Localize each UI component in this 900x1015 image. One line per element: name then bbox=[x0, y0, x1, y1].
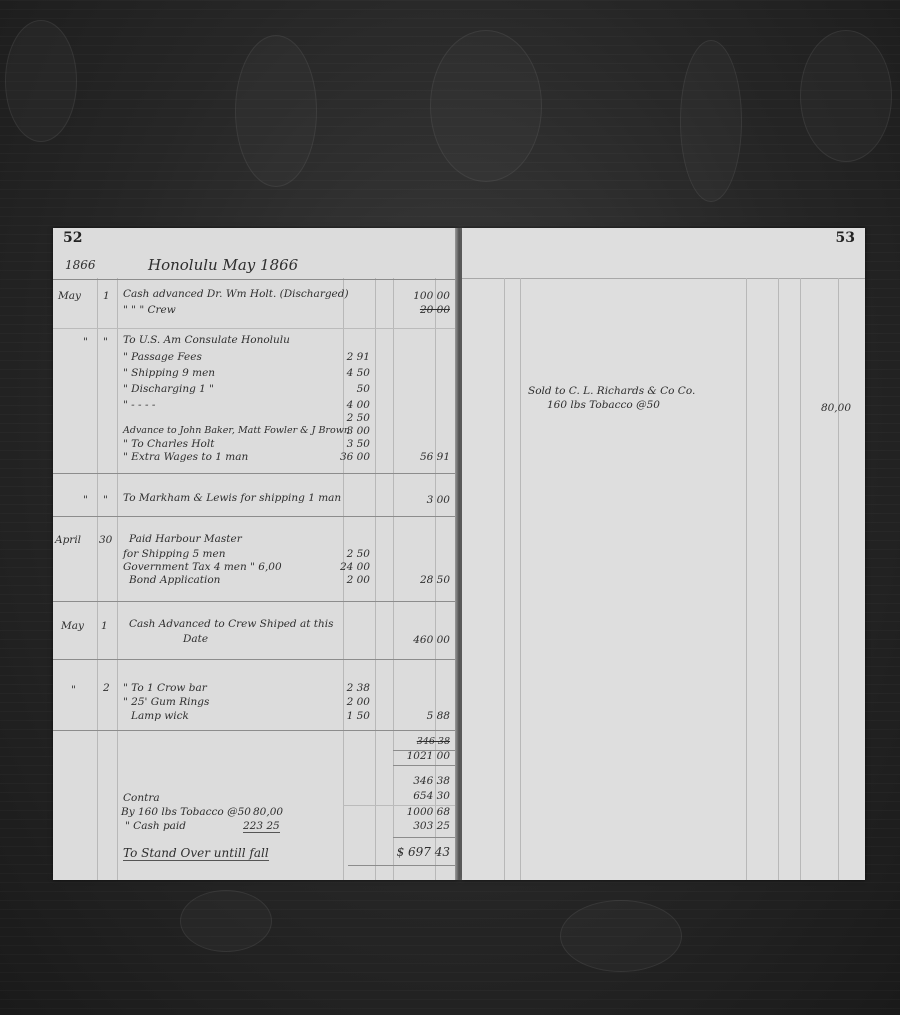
struck-subtotal: 346 38 bbox=[417, 736, 450, 747]
totals-amount: 346 38 bbox=[413, 775, 450, 787]
totals-line: " Cash paid bbox=[125, 820, 186, 832]
entry-sub-amount: 3 00 bbox=[347, 425, 370, 437]
balance-label: To Stand Over untill fall bbox=[123, 846, 269, 861]
entry-month: May bbox=[61, 620, 84, 632]
entry-total: 56 91 bbox=[420, 451, 450, 463]
entry-divider bbox=[53, 516, 458, 517]
totals-detail: 80,00 bbox=[253, 806, 283, 818]
entry-total: 100 00 bbox=[413, 290, 450, 302]
column-rule bbox=[746, 278, 747, 880]
entry-total: 28 50 bbox=[420, 574, 450, 586]
column-rule bbox=[838, 278, 839, 880]
sum-rule bbox=[393, 837, 456, 838]
column-rule bbox=[778, 278, 779, 880]
sale-entry-detail: 160 lbs Tobacco @50 bbox=[547, 399, 660, 411]
entry-day: 30 bbox=[99, 534, 112, 546]
entry-sub-amount: 4 50 bbox=[347, 367, 370, 379]
sale-amount: 80,00 bbox=[821, 402, 851, 414]
entry-line: " Discharging 1 " bbox=[123, 383, 214, 395]
entry-month: " bbox=[71, 684, 76, 696]
film-stain bbox=[430, 30, 542, 182]
sum-rule bbox=[393, 765, 456, 766]
entry-line: " Extra Wages to 1 man bbox=[123, 451, 248, 463]
balance-amount: $ 697 43 bbox=[397, 845, 450, 859]
entry-line: Government Tax 4 men " 6,00 bbox=[123, 561, 282, 573]
entry-sub-amount: 2 50 bbox=[347, 412, 370, 424]
entry-day: 1 bbox=[103, 290, 110, 302]
page-number: 52 bbox=[63, 230, 82, 246]
film-stain bbox=[180, 890, 272, 952]
film-stain bbox=[800, 30, 892, 162]
entry-line: " " " Crew bbox=[123, 304, 176, 316]
entry-line: To Markham & Lewis for shipping 1 man bbox=[123, 492, 341, 504]
film-stain bbox=[680, 40, 742, 202]
totals-detail: 223 25 bbox=[243, 820, 280, 833]
entry-line: " Shipping 9 men bbox=[123, 367, 215, 379]
entry-sub-amount: 2 50 bbox=[347, 548, 370, 560]
entry-sub-amount: 4 00 bbox=[347, 399, 370, 411]
entry-day: " bbox=[103, 336, 108, 348]
contra-label: Contra bbox=[123, 792, 160, 804]
ledger-page-right: 53 Sold to C. L. Richards & Co Co. 160 l… bbox=[462, 228, 865, 880]
grand-total: 1021 00 bbox=[407, 750, 450, 762]
entry-total: 460 00 bbox=[413, 634, 450, 646]
entry-divider bbox=[53, 473, 458, 474]
entry-line: Advance to John Baker, Matt Fowler & J B… bbox=[123, 425, 350, 436]
entry-line: " To 1 Crow bar bbox=[123, 682, 207, 694]
header-rule bbox=[53, 279, 458, 280]
entry-month: " bbox=[83, 336, 88, 348]
entry-line: " To Charles Holt bbox=[123, 438, 214, 450]
entry-divider bbox=[53, 328, 458, 329]
entry-sub-amount: 2 00 bbox=[347, 696, 370, 708]
entry-day: " bbox=[103, 494, 108, 506]
entry-sub-amount: 2 38 bbox=[347, 682, 370, 694]
film-stain bbox=[5, 20, 77, 142]
entry-line: " - - - - bbox=[123, 399, 155, 411]
column-rule bbox=[393, 278, 394, 880]
entry-line: " 25' Gum Rings bbox=[123, 696, 209, 708]
entry-total: 5 88 bbox=[427, 710, 450, 722]
entry-total: 3 00 bbox=[427, 494, 450, 506]
entry-line: Lamp wick bbox=[131, 710, 189, 722]
column-rule bbox=[375, 278, 376, 880]
column-rule bbox=[520, 278, 521, 880]
column-rule bbox=[117, 278, 118, 880]
ledger-title: Honolulu May 1866 bbox=[148, 256, 298, 274]
film-stain bbox=[235, 35, 317, 187]
totals-amount: 1000 68 bbox=[407, 806, 450, 818]
ledger-year: 1866 bbox=[65, 258, 96, 272]
column-rule bbox=[343, 278, 344, 880]
entry-line: " Passage Fees bbox=[123, 351, 202, 363]
entry-line: Paid Harbour Master bbox=[129, 533, 242, 545]
film-stain bbox=[560, 900, 682, 972]
entry-divider bbox=[53, 659, 458, 660]
entry-divider bbox=[53, 730, 458, 731]
entry-total-struck: 20 00 bbox=[420, 304, 450, 316]
entry-month: April bbox=[55, 534, 81, 546]
header-rule bbox=[462, 278, 865, 279]
entry-month: " bbox=[83, 494, 88, 506]
column-rule bbox=[504, 278, 505, 880]
entry-line: Cash advanced Dr. Wm Holt. (Discharged) bbox=[123, 288, 349, 300]
totals-amount: 303 25 bbox=[413, 820, 450, 832]
entry-divider bbox=[53, 601, 458, 602]
balance-rule bbox=[348, 865, 456, 866]
entry-day: 2 bbox=[103, 682, 110, 694]
column-rule bbox=[97, 278, 98, 880]
entry-sub-amount: 2 91 bbox=[347, 351, 370, 363]
entry-sub-amount: 1 50 bbox=[347, 710, 370, 722]
entry-sub-amount: 24 00 bbox=[340, 561, 370, 573]
totals-line: By 160 lbs Tobacco @50 bbox=[121, 806, 251, 818]
entry-line: Date bbox=[183, 633, 208, 645]
entry-day: 1 bbox=[101, 620, 108, 632]
sale-entry: Sold to C. L. Richards & Co Co. bbox=[528, 385, 695, 397]
entry-line: Cash Advanced to Crew Shiped at this bbox=[129, 618, 334, 630]
entry-sub-amount: 50 bbox=[357, 383, 370, 395]
entry-line: To U.S. Am Consulate Honolulu bbox=[123, 334, 290, 346]
entry-sub-amount: 36 00 bbox=[340, 451, 370, 463]
column-rule bbox=[800, 278, 801, 880]
entry-line: Bond Application bbox=[129, 574, 220, 586]
page-number: 53 bbox=[836, 230, 855, 246]
entry-sub-amount: 3 50 bbox=[347, 438, 370, 450]
entry-sub-amount: 2 00 bbox=[347, 574, 370, 586]
totals-amount: 654 30 bbox=[413, 790, 450, 802]
ledger-page-left: 52 1866 Honolulu May 1866 May 1 Cash adv… bbox=[53, 228, 458, 880]
entry-line: for Shipping 5 men bbox=[123, 548, 225, 560]
entry-month: May bbox=[58, 290, 81, 302]
